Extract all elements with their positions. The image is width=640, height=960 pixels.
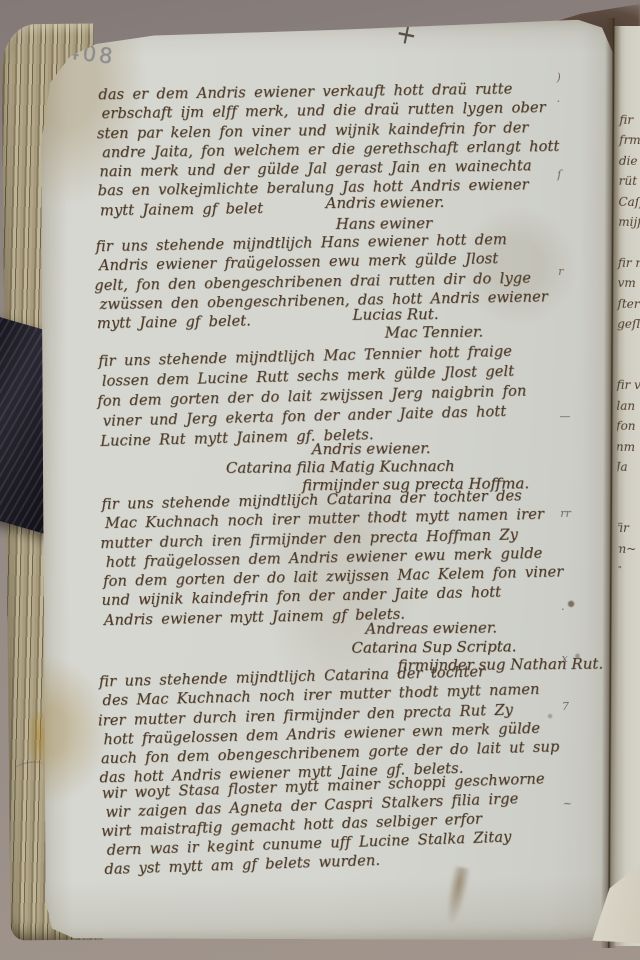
- paragraph-6: wir woyt Stasa floster mytt mainer schop…: [102, 768, 601, 879]
- signature-andreas-ewiener: Andreas ewiener.: [365, 619, 497, 638]
- ink-smudge: [442, 866, 471, 926]
- signature-hans-ewiner: Hans ewiner: [336, 214, 433, 233]
- cross-mark: +: [393, 15, 420, 52]
- manuscript-page: 408 + das er dem Andris ewiener verkauft…: [36, 15, 622, 944]
- manuscript-photo: fir frm die r rüt Caſſ mijſt fir m vm ſt…: [0, 0, 640, 960]
- margin-ink-marks: ) · ſ r — rr · x 7 ~: [556, 66, 597, 817]
- paragraph-3: fir uns stehende mijndtlijch Mac Tennier…: [98, 340, 596, 452]
- signature-andris-ewiener: Andris ewiener.: [326, 193, 445, 212]
- paragraph-5: fir uns stehende mijndtlijch Catarina de…: [99, 659, 598, 788]
- signature-andris-ewiener: Andris ewiener.: [312, 439, 431, 458]
- paragraph-2: fir uns stehende mijndtlijch Hans ewiene…: [95, 229, 593, 334]
- signature-mac-tennier: Mac Tennier.: [385, 323, 484, 342]
- signature-catarina-supscripta: Catarina Sup Scripta.: [351, 637, 516, 656]
- signature-catarina-filia: Catarina filia Matig Kuchnach: [226, 457, 455, 477]
- signature-lucias-rut: Lucias Rut.: [352, 305, 438, 324]
- paragraph-4: fir uns stehende mijndtlijch Catarina de…: [101, 485, 600, 630]
